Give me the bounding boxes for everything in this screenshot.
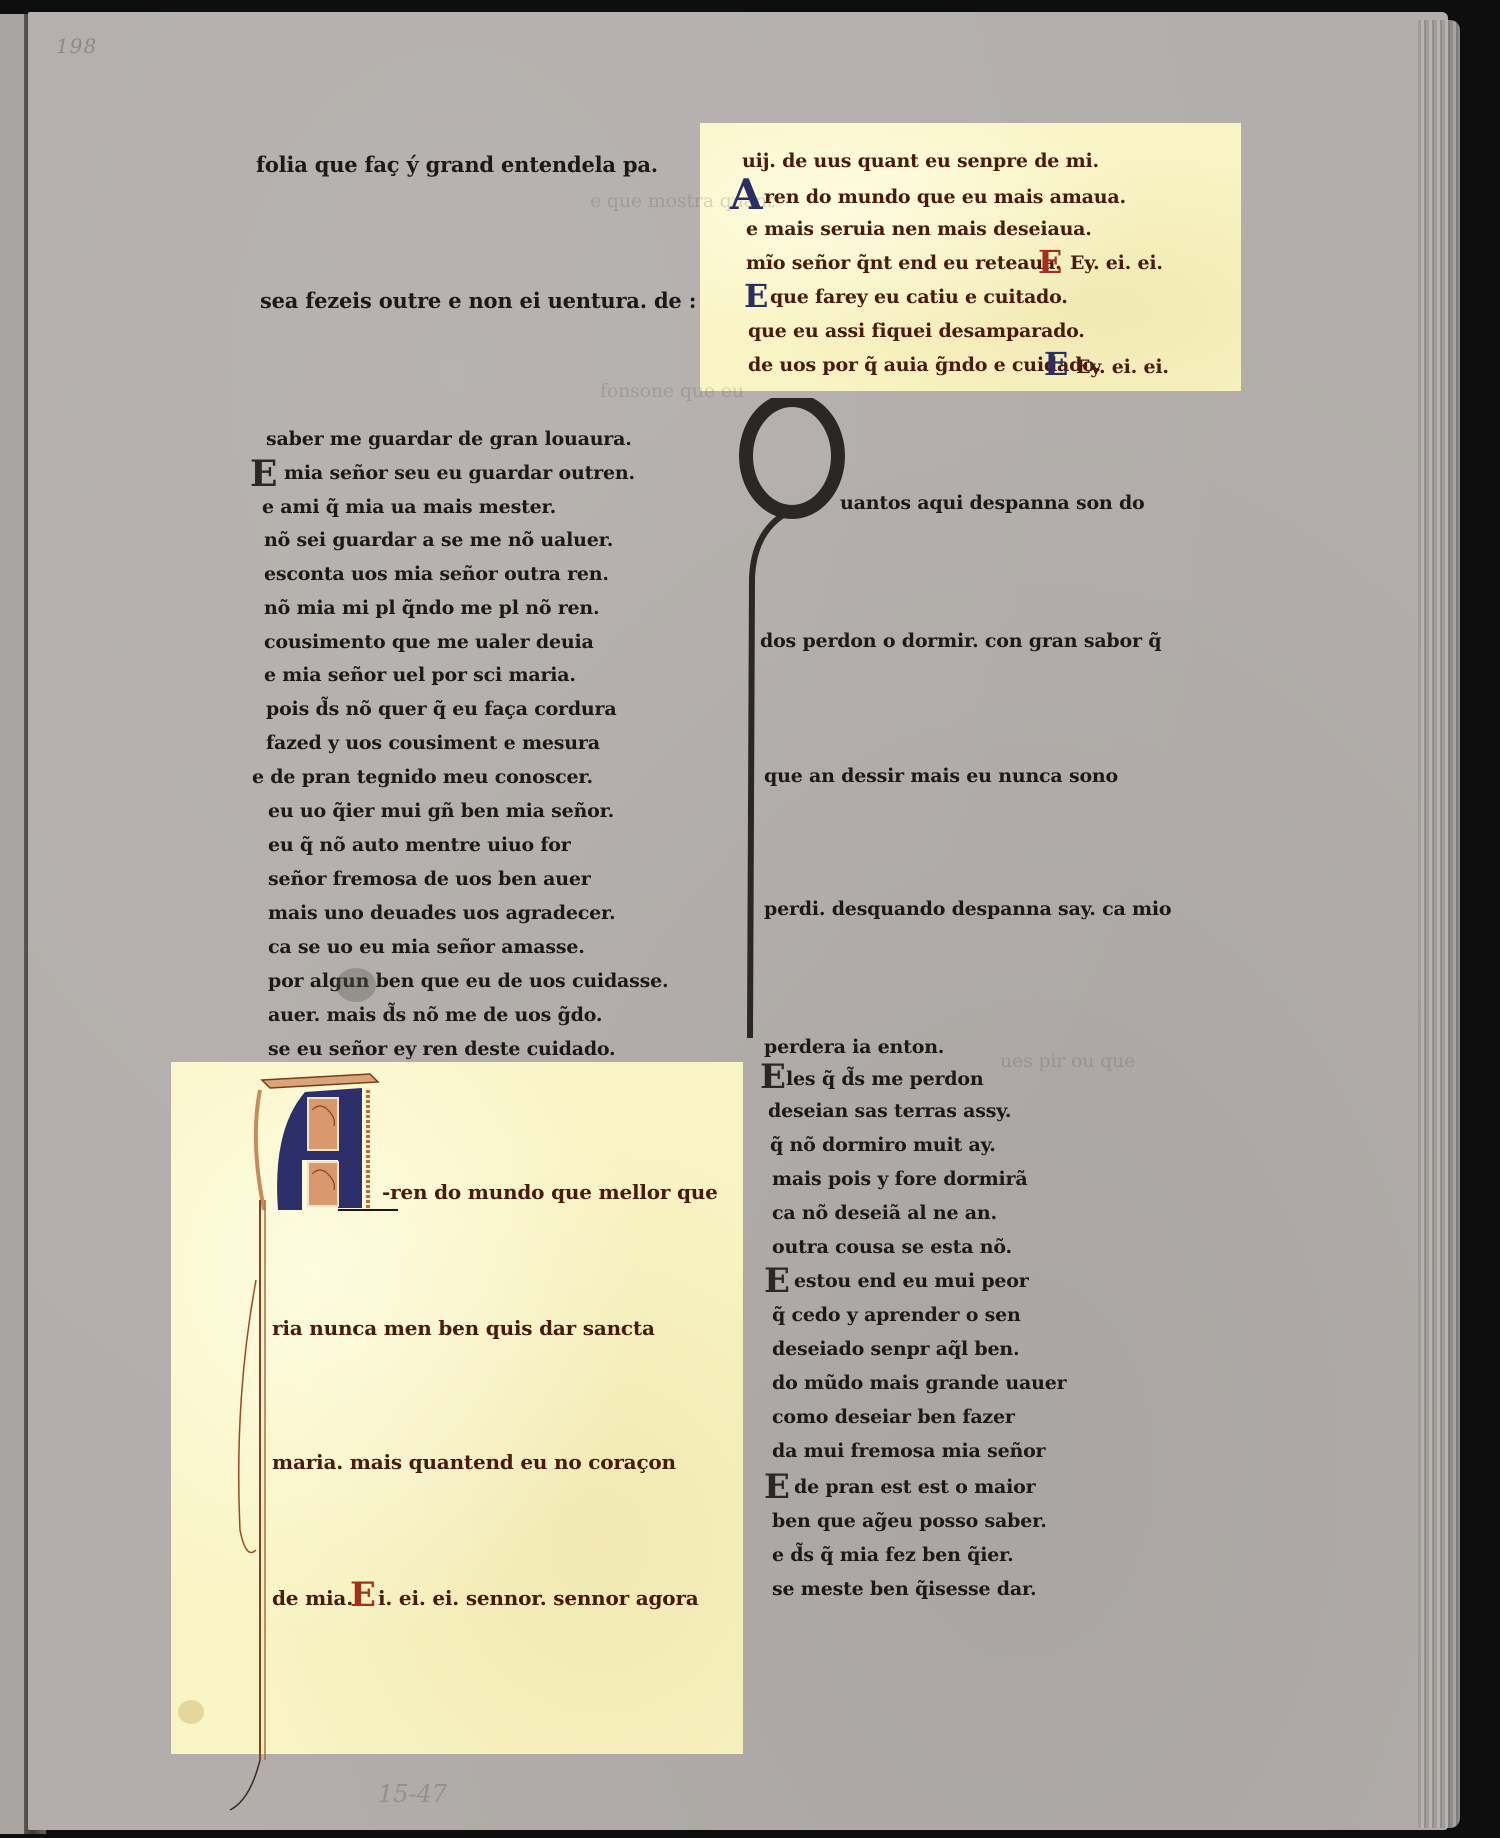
- red-initial-e: E: [350, 1578, 376, 1612]
- text-line: folia que faç ý grand entendela pa.: [256, 152, 658, 177]
- shelf-mark: 15-47: [378, 1780, 447, 1808]
- text-line: nõ sei guardar a se me nõ ualuer.: [264, 529, 613, 551]
- text-line: q̃ cedo y aprender o sen: [772, 1304, 1021, 1326]
- text-line: que an dessir mais eu nunca sono: [764, 765, 1118, 787]
- text-line: mais uno deuades uos agradecer.: [268, 902, 615, 924]
- text-line: deseian sas terras assy.: [768, 1100, 1011, 1122]
- text-line: q̃ nõ dormiro muit ay.: [770, 1134, 996, 1156]
- text-line: uantos aqui despanna son do: [840, 492, 1145, 514]
- decorated-initial-e: E: [764, 1264, 790, 1298]
- decorated-initial-e: E: [744, 280, 768, 312]
- text-line: por algun ben que eu de uos cuidasse.: [268, 970, 668, 992]
- refrain-text: i. ei. ei. sennor. sennor agora: [378, 1586, 699, 1610]
- text-line: mia señor seu eu guardar outren.: [284, 462, 635, 484]
- decorated-initial-e: E: [764, 1470, 790, 1504]
- illuminated-initial-a: [250, 1070, 400, 1212]
- text-line: que farey eu catiu e cuitado.: [770, 286, 1068, 308]
- decorated-initial-a: A: [730, 174, 763, 216]
- show-through-text: ues pir ou que: [1000, 1050, 1135, 1072]
- text-line: fazed y uos cousiment e mesura: [266, 732, 600, 754]
- text-line: perdera ia enton.: [764, 1036, 944, 1058]
- text-line: e ami q̃ mia ua mais mester.: [262, 496, 556, 518]
- text-line: outra cousa se esta nõ.: [772, 1236, 1012, 1258]
- text-line: do mũdo mais grande uauer: [772, 1372, 1066, 1394]
- text-line: ca se uo eu mia señor amasse.: [268, 936, 585, 958]
- text-line: uij. de uus quant eu senpre de mi.: [742, 150, 1099, 172]
- refrain-text: Ey. ei. ei.: [1076, 356, 1169, 378]
- text-line: nõ mia mi pl q̃ndo me pl nõ ren.: [264, 597, 599, 619]
- refrain-text: Ey. ei. ei.: [1070, 252, 1163, 274]
- show-through-text: fonsone que eu: [600, 380, 744, 402]
- text-line: perdi. desquando despanna say. ca mio: [764, 898, 1171, 920]
- text-line: dos perdon o dormir. con gran sabor q̃: [760, 630, 1161, 652]
- text-line: se meste ben q̃isesse dar.: [772, 1578, 1036, 1600]
- text-line: ca nõ deseiã al ne an.: [772, 1202, 997, 1224]
- decorated-initial-e: E: [760, 1060, 786, 1094]
- text-line: como deseiar ben fazer: [772, 1406, 1015, 1428]
- text-line: ben que ag̃eu posso saber.: [772, 1510, 1047, 1532]
- text-line: pois d̃s nõ quer q̃ eu faça cordura: [266, 698, 616, 720]
- text-line: e d̃s q̃ mia fez ben q̃ier.: [772, 1544, 1014, 1566]
- text-line: da mui fremosa mia señor: [772, 1440, 1045, 1462]
- text-line: ria nunca men ben quis dar sancta: [272, 1316, 655, 1340]
- text-line: sea fezeis outre e non ei uentura. de :: [260, 288, 696, 313]
- text-line: e mais seruia nen mais deseiaua.: [746, 218, 1092, 240]
- text-line: cousimento que me ualer deuia: [264, 631, 594, 653]
- text-line: deseiado senpr aq̃l ben.: [772, 1338, 1019, 1360]
- text-line: de mia.: [272, 1586, 353, 1610]
- text-line: de pran est est o maior: [794, 1476, 1035, 1498]
- large-initial-q: [732, 398, 852, 1038]
- facing-page-edge: [0, 14, 26, 1834]
- text-line: auer. mais d̃s nõ me de uos g̃do.: [268, 1004, 602, 1026]
- text-line: esconta uos mia señor outra ren.: [264, 563, 609, 585]
- blue-initial-e: E: [1044, 348, 1068, 380]
- text-line: señor fremosa de uos ben auer: [268, 868, 591, 890]
- text-line: eu q̃ nõ auto mentre uiuo for: [268, 834, 571, 856]
- marginal-flourish: [220, 1200, 280, 1820]
- red-initial-e: E: [1038, 246, 1062, 278]
- page-stack-edges: [1418, 20, 1460, 1828]
- water-stain: [178, 1700, 204, 1724]
- text-line: se eu señor ey ren deste cuidado.: [268, 1038, 615, 1060]
- text-line: mĩo señor q̃nt end eu reteaua.: [746, 252, 1062, 274]
- text-line: saber me guardar de gran louaura.: [266, 428, 632, 450]
- text-line: mais pois y fore dormirã: [772, 1168, 1027, 1190]
- folio-number: 198: [56, 34, 97, 58]
- text-line: e mia señor uel por sci maria.: [264, 664, 576, 686]
- text-line: les q̃ d̃s me perdon: [786, 1068, 983, 1090]
- text-line: -ren do mundo que mellor que: [382, 1180, 718, 1204]
- decorated-initial-e: E: [250, 456, 277, 492]
- text-line: ren do mundo que eu mais amaua.: [764, 186, 1126, 208]
- text-line: eu uo q̃ier mui gñ ben mia señor.: [268, 800, 614, 822]
- text-line: maria. mais quantend eu no coraçon: [272, 1450, 676, 1474]
- text-line: e de pran tegnido meu conoscer.: [252, 766, 593, 788]
- text-line: que eu assi fiquei desamparado.: [748, 320, 1085, 342]
- text-line: estou end eu mui peor: [794, 1270, 1029, 1292]
- ink-stain: [336, 968, 376, 1002]
